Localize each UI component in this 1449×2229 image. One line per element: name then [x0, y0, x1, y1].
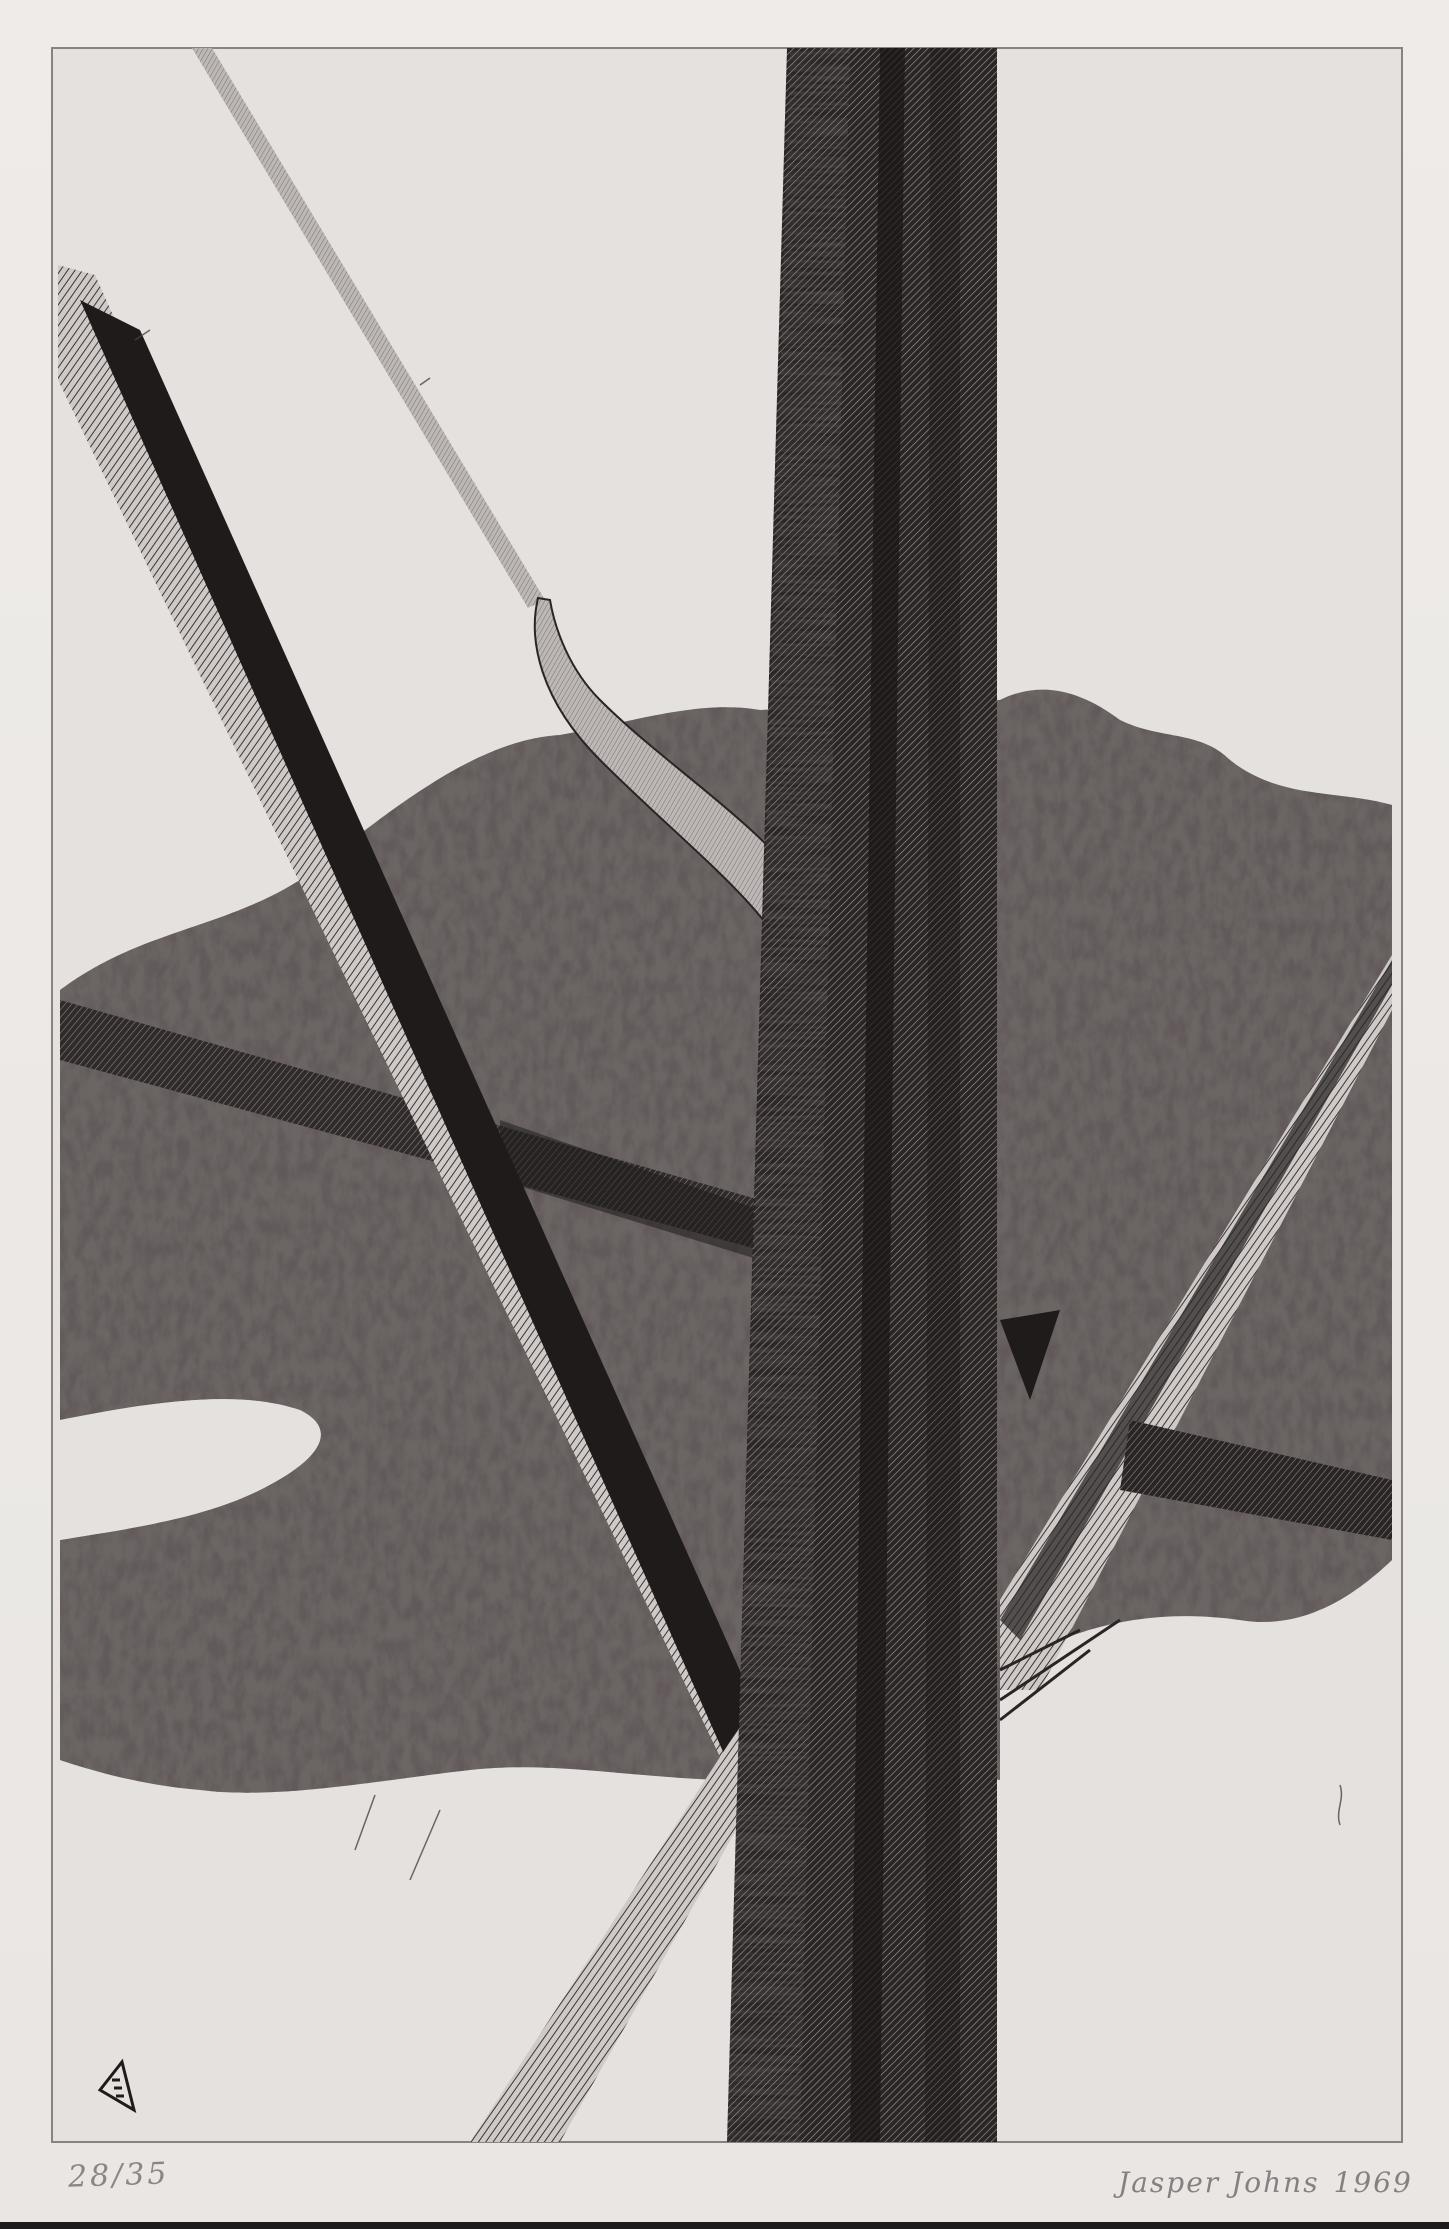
signature-name: Jasper Johns: [1118, 2166, 1320, 2199]
signature-year: 1969: [1334, 2166, 1413, 2199]
frame-edge: [0, 2222, 1449, 2229]
etching-plate: [0, 0, 1449, 2229]
edition-number: 28/35: [67, 2156, 170, 2195]
artist-signature: Jasper Johns1969: [1118, 2166, 1413, 2199]
